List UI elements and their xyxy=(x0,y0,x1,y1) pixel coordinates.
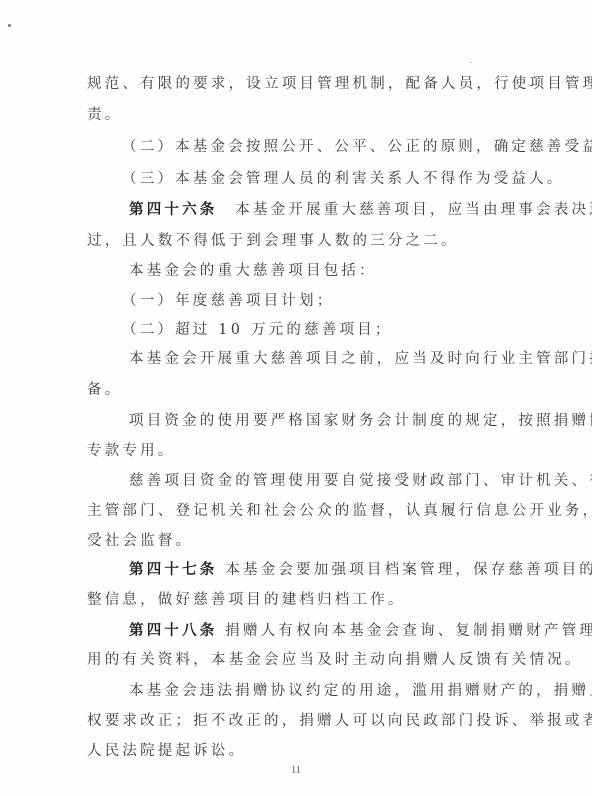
text-line-4: （三）本基金会管理人员的利害关系人不得作为受益人。 xyxy=(122,170,552,188)
text-line-16: 受社会监督。 xyxy=(87,532,517,550)
scan-speck xyxy=(8,24,11,27)
text-line-20: 用的有关资料，本基金会应当及时主动向捐赠人反馈有关情况。 xyxy=(87,651,517,669)
article-48-line: 第四十八条 捐赠人有权向本基金会查询、复制捐赠财产管理使 xyxy=(129,622,559,640)
text-line-13: 专款专用。 xyxy=(87,442,517,460)
text-line-6: 过，且人数不得低于到会理事人数的三分之二。 xyxy=(87,232,517,250)
article-46-text: 本基金开展重大慈善项目，应当由理事会表决通 xyxy=(218,202,592,218)
scan-speck xyxy=(470,62,472,63)
page-number: 11 xyxy=(0,765,592,776)
article-48-text: 捐赠人有权向本基金会查询、复制捐赠财产管理使 xyxy=(218,623,592,639)
text-line-11: 备。 xyxy=(87,381,517,399)
article-46-line: 第四十六条 本基金开展重大慈善项目，应当由理事会表决通 xyxy=(129,201,559,219)
article-47-text: 本基金会要加强项目档案管理，保存慈善项目的完 xyxy=(218,562,592,578)
article-46-heading: 第四十六条 xyxy=(129,201,218,218)
text-line-22: 权要求改正；拒不改正的，捐赠人可以向民政部门投诉、举报或者向 xyxy=(87,712,517,730)
text-line-1: 规范、有限的要求，设立项目管理机制，配备人员，行使项目管理职 xyxy=(87,75,517,93)
text-line-8: （一）年度慈善项目计划； xyxy=(122,292,552,310)
text-line-23: 人民法院提起诉讼。 xyxy=(87,742,517,760)
text-line-7: 本基金会的重大慈善项目包括： xyxy=(129,262,559,280)
text-line-15: 主管部门、登记机关和社会公众的监督，认真履行信息公开业务，接 xyxy=(87,502,517,520)
text-line-9: （二）超过 10 万元的慈善项目； xyxy=(122,321,552,339)
article-48-heading: 第四十八条 xyxy=(129,622,218,639)
document-page: 规范、有限的要求，设立项目管理机制，配备人员，行使项目管理职 责。 （二）本基金… xyxy=(0,0,592,796)
text-line-14: 慈善项目资金的管理使用要自觉接受财政部门、审计机关、行业 xyxy=(129,472,559,490)
article-47-heading: 第四十七条 xyxy=(129,561,218,578)
text-line-2: 责。 xyxy=(87,106,517,124)
text-line-10: 本基金会开展重大慈善项目之前，应当及时向行业主管部门报 xyxy=(129,350,559,368)
text-line-12: 项目资金的使用要严格国家财务会计制度的规定，按照捐赠协议 xyxy=(129,412,559,430)
text-line-3: （二）本基金会按照公开、公平、公正的原则，确定慈善受益人。 xyxy=(122,138,552,156)
text-line-18: 整信息，做好慈善项目的建档归档工作。 xyxy=(87,591,517,609)
article-47-line: 第四十七条 本基金会要加强项目档案管理，保存慈善项目的完 xyxy=(129,561,559,579)
text-line-21: 本基金会违法捐赠协议约定的用途，滥用捐赠财产的，捐赠人有 xyxy=(129,682,559,700)
